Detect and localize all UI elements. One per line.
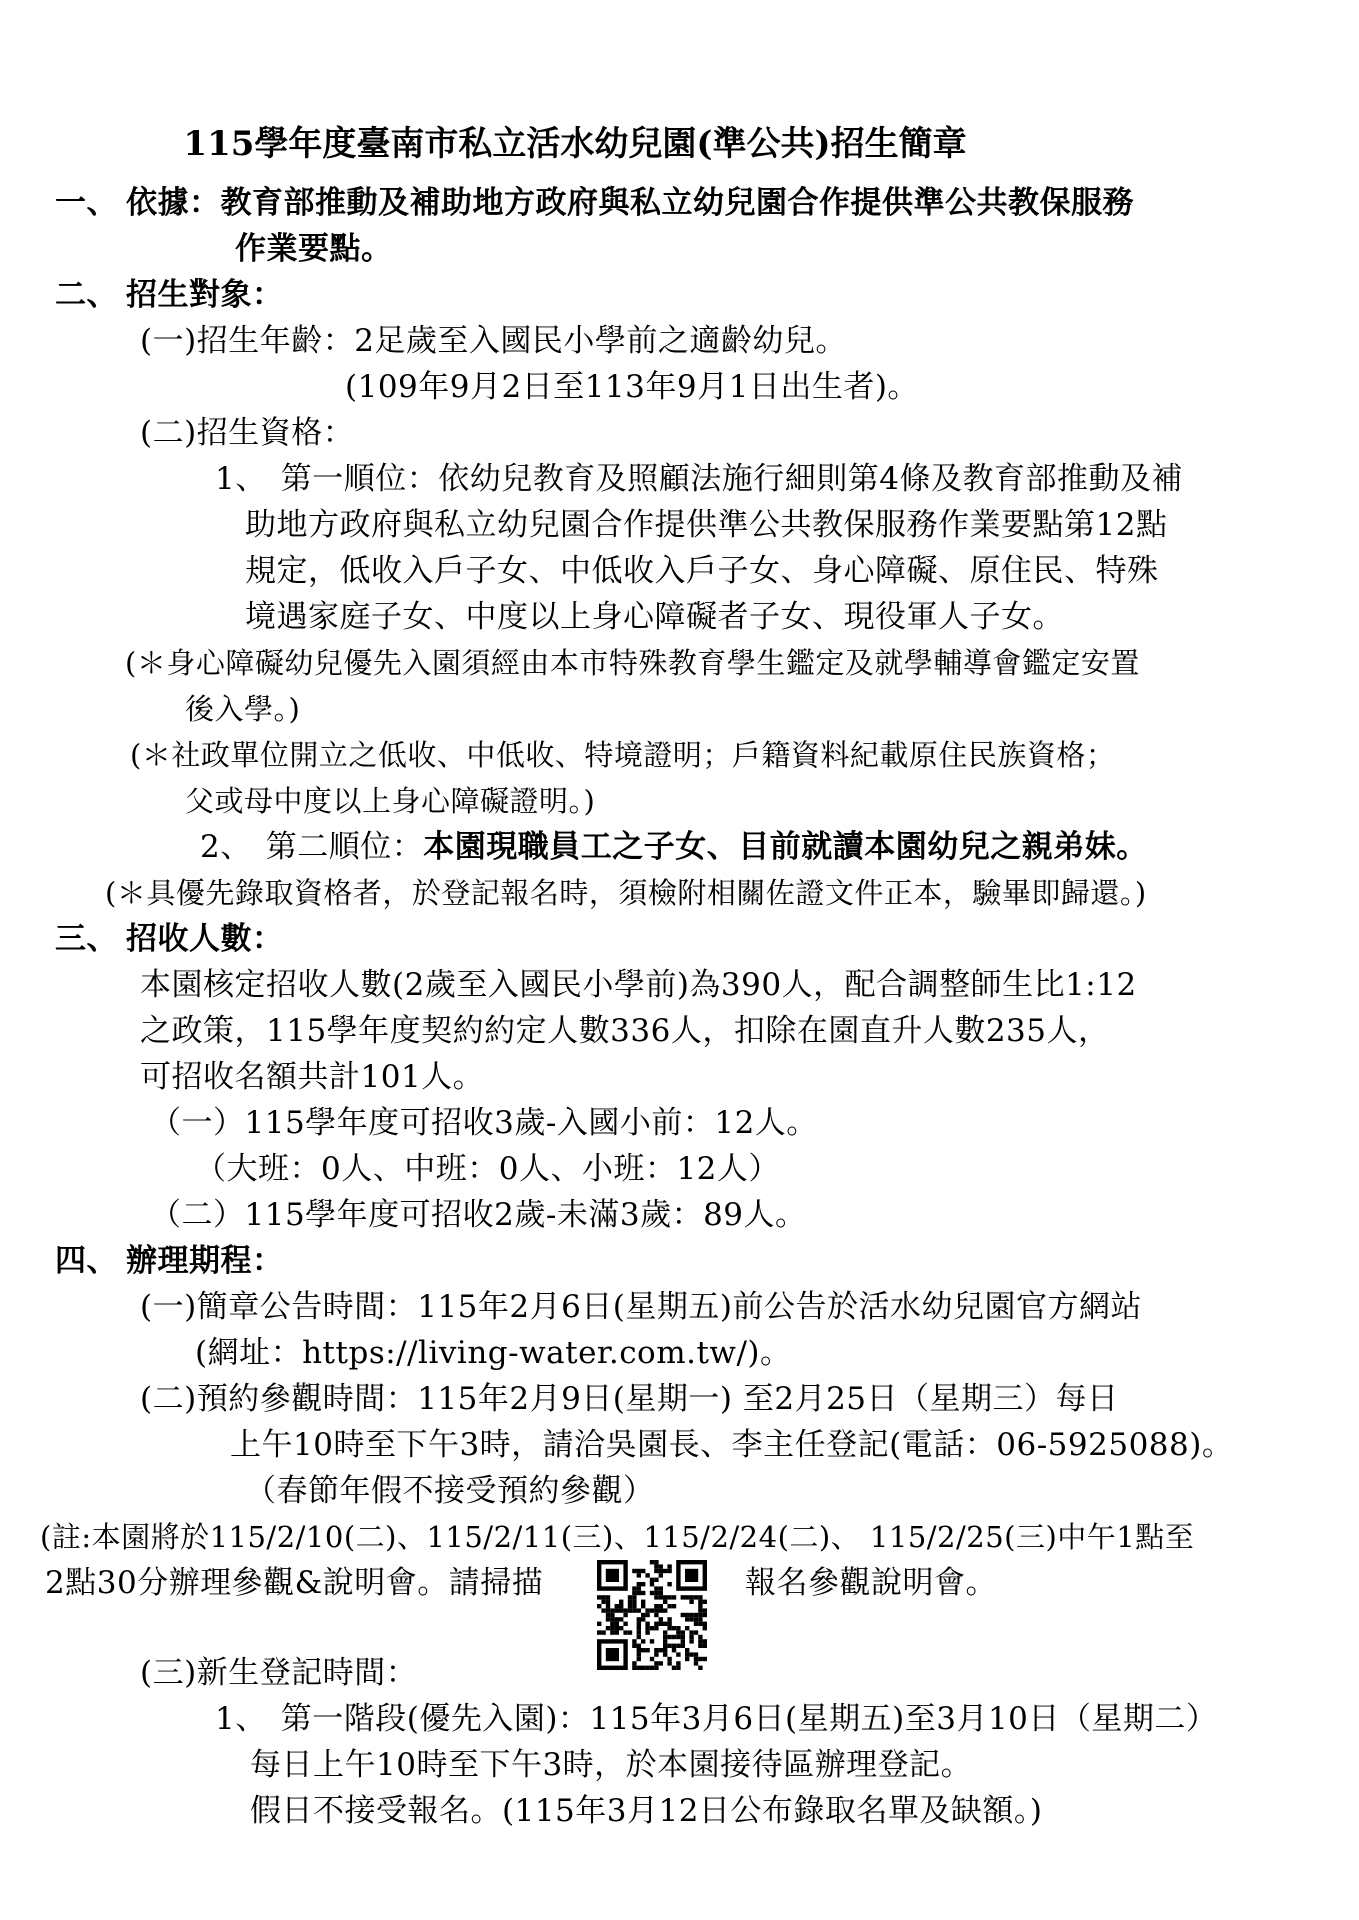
section-1-heading-continuation: 作業要點。	[0, 226, 1359, 272]
section-1-heading: 依據：教育部推動及補助地方政府與私立幼兒園合作提供準公共教保服務	[126, 185, 1134, 221]
priority-1-line-2: 助地方政府與私立幼兒園合作提供準公共教保服務作業要點第12點	[0, 502, 1359, 548]
admission-age-line-1: (一)招生年齡：2足歲至入國民小學前之適齡幼兒。	[0, 318, 1359, 364]
document-title: 115學年度臺南市私立活水幼兒園(準公共)招生簡章	[0, 118, 1150, 170]
schedule-item-2-line-2: 上午10時至下午3時，請洽吳園長、李主任登記(電話：06-5925088)。	[0, 1422, 1359, 1468]
priority-1-line-3: 規定，低收入戶子女、中低收入戶子女、身心障礙、原住民、特殊	[0, 548, 1359, 594]
registration-stage-1-line-3: 假日不接受報名。(115年3月12日公布錄取名單及缺額。)	[0, 1788, 1359, 1834]
section-3-number: 三、	[55, 916, 118, 962]
priority-2-text: 本園現職員工之子女、目前就讀本園幼兒之親弟妹。	[423, 829, 1148, 865]
capacity-item-1-detail: （大班：0人、中班：0人、小班：12人）	[0, 1146, 1359, 1192]
note-documents: (＊具優先錄取資格者，於登記報名時，須檢附相關佐證文件正本，驗畢即歸還。)	[0, 870, 1359, 916]
tour-note-line-2-after-qr: 報名參觀說明會。	[745, 1560, 997, 1606]
registration-stage-1-line-2: 每日上午10時至下午3時，於本園接待區辦理登記。	[0, 1742, 1359, 1788]
capacity-item-2: （二）115學年度可招收2歲-未滿3歲：89人。	[0, 1192, 1359, 1238]
priority-2-label: 第二順位：	[266, 829, 424, 865]
section-2-heading: 招生對象：	[126, 277, 284, 313]
section-4-number: 四、	[55, 1238, 118, 1284]
qualification-heading: (二)招生資格：	[0, 410, 1359, 456]
registration-stage-1-number: 1、	[215, 1696, 267, 1742]
note-disability-line-2: 後入學。)	[0, 686, 1359, 732]
admission-age-line-2: (109年9月2日至113年9月1日出生者)。	[0, 364, 1359, 410]
document-page: 115學年度臺南市私立活水幼兒園(準公共)招生簡章 一、依據：教育部推動及補助地…	[0, 0, 1359, 1920]
priority-1-number: 1、	[215, 456, 267, 502]
registration-stage-1-row: 1、第一階段(優先入園)：115年3月6日(星期五)至3月10日（星期二）	[0, 1696, 1359, 1742]
section-1-number: 一、	[55, 180, 118, 226]
priority-2-number: 2、	[200, 824, 252, 870]
capacity-body-line-2: 之政策，115學年度契約約定人數336人，扣除在園直升人數235人，	[0, 1008, 1359, 1054]
section-4-heading: 辦理期程：	[126, 1243, 284, 1279]
section-1-heading-row: 一、依據：教育部推動及補助地方政府與私立幼兒園合作提供準公共教保服務	[0, 180, 1359, 226]
qr-code	[597, 1560, 707, 1670]
note-disability-line-1: (＊身心障礙幼兒優先入園須經由本市特殊教育學生鑑定及就學輔導會鑑定安置	[0, 640, 1359, 686]
capacity-body-line-1: 本園核定招收人數(2歲至入國民小學前)為390人，配合調整師生比1:12	[0, 962, 1359, 1008]
schedule-item-2-line-1: (二)預約參觀時間：115年2月9日(星期一) 至2月25日（星期三）每日	[0, 1376, 1359, 1422]
tour-note-line-1: (註:本園將於115/2/10(二)、115/2/11(三)、115/2/24(…	[0, 1514, 1359, 1560]
schedule-item-1-line-2: (網址：https://living-water.com.tw/)。	[0, 1330, 1359, 1376]
note-certificates-line-1: (＊社政單位開立之低收、中低收、特境證明；戶籍資料紀載原住民族資格；	[0, 732, 1359, 778]
registration-stage-1-line-1: 第一階段(優先入園)：115年3月6日(星期五)至3月10日（星期二）	[281, 1701, 1218, 1737]
tour-note-line-2-row: 2點30分辦理參觀&說明會。請掃描 報名參觀說明會。	[0, 1560, 1359, 1606]
priority-1-row: 1、第一順位：依幼兒教育及照顧法施行細則第4條及教育部推動及補	[0, 456, 1359, 502]
section-2-number: 二、	[55, 272, 118, 318]
priority-1-line-4: 境遇家庭子女、中度以上身心障礙者子女、現役軍人子女。	[0, 594, 1359, 640]
priority-1-line-1: 第一順位：依幼兒教育及照顧法施行細則第4條及教育部推動及補	[281, 461, 1183, 497]
schedule-item-1-line-1: (一)簡章公告時間：115年2月6日(星期五)前公告於活水幼兒園官方網站	[0, 1284, 1359, 1330]
section-2-heading-row: 二、招生對象：	[0, 272, 1359, 318]
capacity-item-1: （一）115學年度可招收3歲-入國小前：12人。	[0, 1100, 1359, 1146]
priority-2-row: 2、第二順位：本園現職員工之子女、目前就讀本園幼兒之親弟妹。	[0, 824, 1359, 870]
schedule-item-2-line-3: （春節年假不接受預約參觀）	[0, 1468, 1359, 1514]
section-4-heading-row: 四、辦理期程：	[0, 1238, 1359, 1284]
section-3-heading: 招收人數：	[126, 921, 284, 957]
section-3-heading-row: 三、招收人數：	[0, 916, 1359, 962]
tour-note-line-2-before-qr: 2點30分辦理參觀&說明會。請掃描	[45, 1560, 543, 1606]
note-certificates-line-2: 父或母中度以上身心障礙證明。)	[0, 778, 1359, 824]
capacity-body-line-3: 可招收名額共計101人。	[0, 1054, 1359, 1100]
